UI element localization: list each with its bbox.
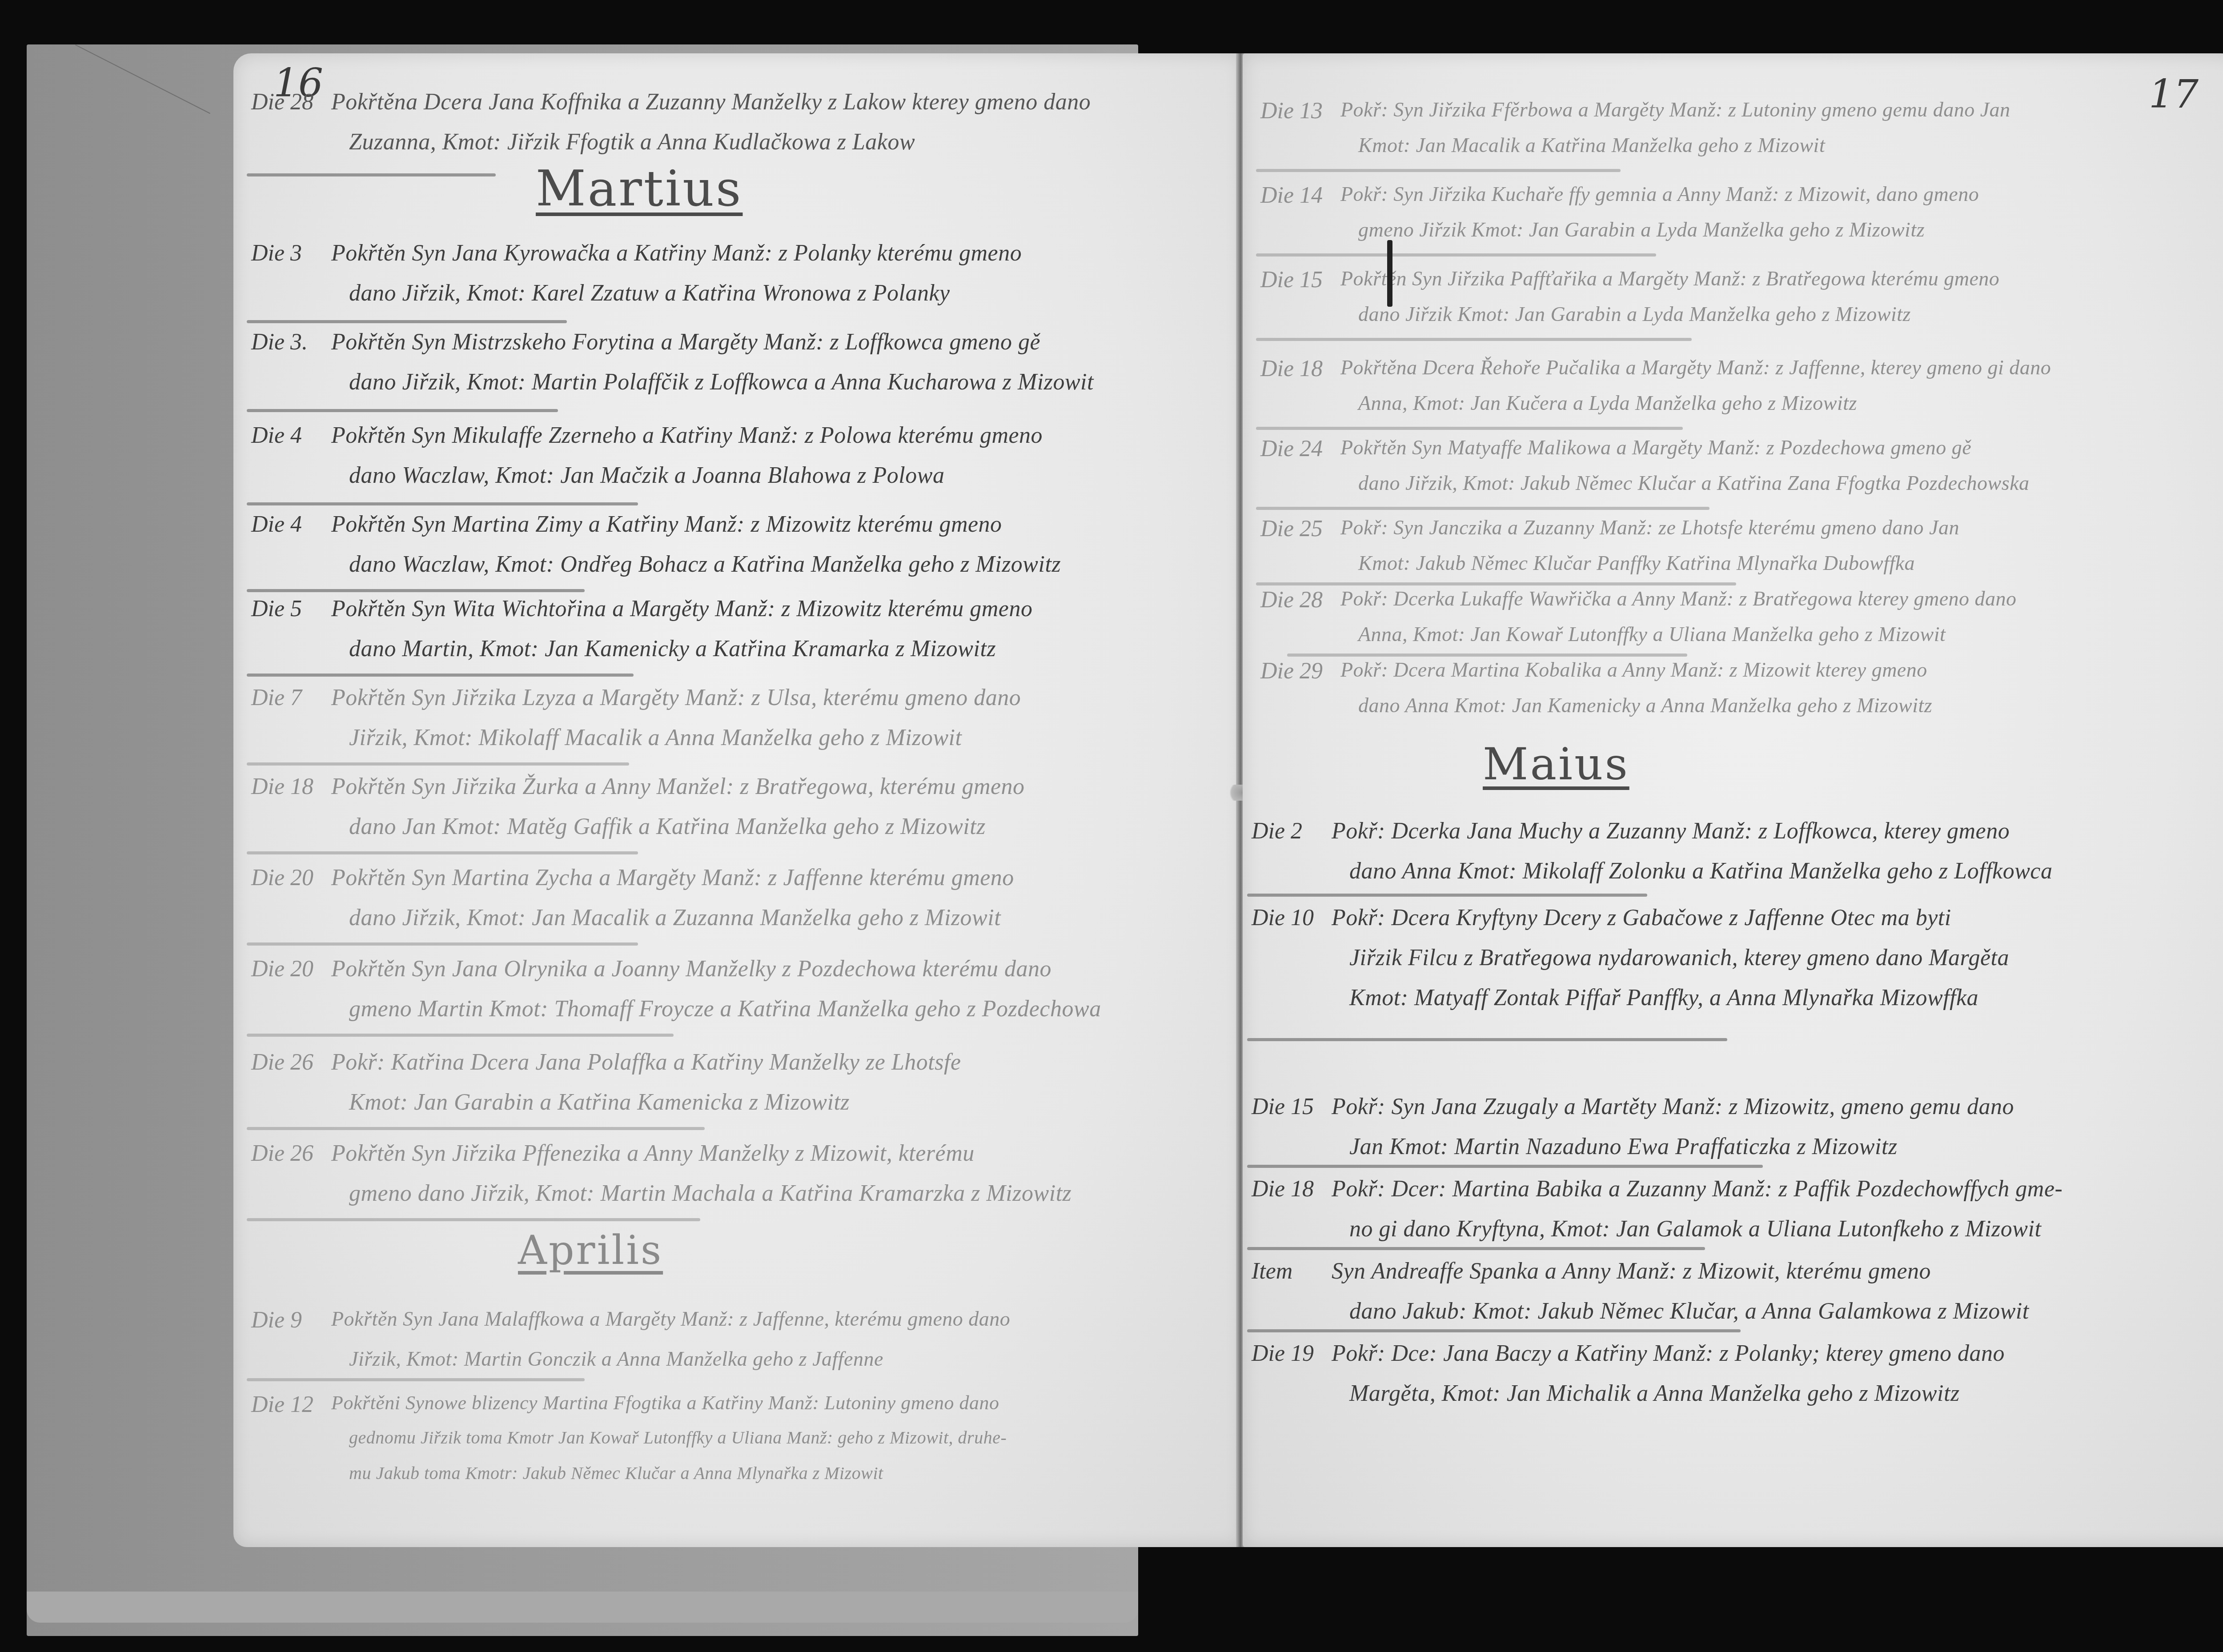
entry-date: Die 4 <box>251 511 327 537</box>
entry-date: Die 2 <box>1252 818 1327 844</box>
entry-line: Pokřtěn Syn Jana Kyrowačka a Katřiny Man… <box>331 240 1022 266</box>
entry-line: dano Martin, Kmot: Jan Kamenicky a Katři… <box>349 636 996 662</box>
entry-divider <box>247 320 567 323</box>
entry-line: gmeno dano Jiřzik, Kmot: Martin Machala … <box>349 1180 1071 1207</box>
entry-line: Pokř: Syn Jana Zzugaly a Martěty Manž: z… <box>1332 1094 2014 1120</box>
entry-line: dano Jiřzik Kmot: Jan Garabin a Lyda Man… <box>1358 302 1911 326</box>
entry-line: gednomu Jiřzik toma Kmotr Jan Kowař Luto… <box>349 1427 1007 1448</box>
entry-line: Kmot: Jan Garabin a Katřina Kamenicka z … <box>349 1089 850 1115</box>
entry-line: Pokř: Dcera Kryftyny Dcery z Gabačowe z … <box>1332 905 1951 931</box>
entry-line: Pokř: Syn Janczika a Zuzanny Manž: ze Lh… <box>1340 516 1959 539</box>
entry-line: Anna, Kmot: Jan Kowař Lutonffky a Uliana… <box>1358 622 1946 646</box>
entry-line: Pokřtěna Dcera Řehoře Pučalika a Margěty… <box>1340 356 2051 379</box>
entry-line: Pokřtěn Syn Martina Zimy a Katřiny Manž:… <box>331 511 1002 537</box>
entry-line: dano Jiřzik, Kmot: Jan Macalik a Zuzanna… <box>349 905 1001 931</box>
entry-line: Pokřtěn Syn Jana Olrynika a Joanny Manže… <box>331 956 1051 982</box>
entry-divider <box>1247 1165 1763 1168</box>
entry-line: dano Jakub: Kmot: Jakub Němec Klučar, a … <box>1349 1298 2029 1324</box>
entry-date: Die 18 <box>1252 1176 1327 1202</box>
entry-date: Die 28 <box>1260 587 1336 613</box>
entry-line: mu Jakub toma Kmotr: Jakub Němec Klučar … <box>349 1463 883 1484</box>
entry-line: dano Waczlaw, Kmot: Jan Mačzik a Joanna … <box>349 462 944 489</box>
entry-divider <box>1256 582 1736 585</box>
entry-date: Die 26 <box>251 1140 327 1167</box>
entry-line: Pokřtěni Synowe blizency Martina Ffogtik… <box>331 1391 999 1414</box>
entry-divider <box>247 173 496 176</box>
entry-date: Die 12 <box>251 1391 327 1418</box>
binding-thread <box>1387 240 1392 307</box>
entry-date: Die 24 <box>1260 436 1336 462</box>
entry-date: Die 20 <box>251 865 327 891</box>
entry-line: Pokřtěn Syn Jiřzika Lzyza a Margěty Manž… <box>331 685 1021 711</box>
entry-date: Die 9 <box>251 1307 327 1333</box>
entry-line: gmeno Martin Kmot: Thomaff Froycze a Kat… <box>349 996 1101 1022</box>
entry-line: dano Jiřzik, Kmot: Martin Polaffčik z Lo… <box>349 369 1094 395</box>
entry-date: Die 29 <box>1260 658 1336 684</box>
entry-line: Pokř: Dcerka Jana Muchy a Zuzanny Manž: … <box>1332 818 2010 844</box>
entry-date: Die 13 <box>1260 98 1336 124</box>
entry-divider <box>247 1218 700 1221</box>
entry-divider <box>247 942 638 946</box>
page-number-right: 17 <box>2149 71 2199 117</box>
entry-date: Die 3. <box>251 329 327 355</box>
entry-line: Zuzanna, Kmot: Jiřzik Ffogtik a Anna Kud… <box>349 129 915 155</box>
entry-line: Jiřzik, Kmot: Mikolaff Macalik a Anna Ma… <box>349 725 962 751</box>
entry-date: Die 10 <box>1252 905 1327 931</box>
entry-line: Pokř: Dce: Jana Baczy a Katřiny Manž: z … <box>1332 1340 2005 1367</box>
entry-line: Jiřzik, Kmot: Martin Gonczik a Anna Manž… <box>349 1347 883 1371</box>
entry-divider <box>1256 253 1656 257</box>
entry-date: Die 15 <box>1260 267 1336 293</box>
entry-divider <box>1247 1329 1741 1332</box>
entry-divider <box>1256 338 1692 341</box>
entry-divider <box>247 409 558 412</box>
entry-divider <box>1256 507 1709 510</box>
entry-date: Die 25 <box>1260 516 1336 542</box>
entry-line: dano Jan Kmot: Matěg Gaffik a Katřina Ma… <box>349 814 986 840</box>
entry-line: dano Anna Kmot: Mikolaff Zolonku a Katři… <box>1349 858 2052 884</box>
entry-divider <box>247 674 634 677</box>
entry-line: Jiřzik Filcu z Bratřegowa nydarowanich, … <box>1349 945 2009 971</box>
entry-date: Die 19 <box>1252 1340 1327 1367</box>
entry-line: Margěta, Kmot: Jan Michalik a Anna Manže… <box>1349 1380 1960 1407</box>
entry-line: Pokřtěn Syn Jiřzika Paffťařika a Margěty… <box>1340 267 1999 290</box>
entry-line: dano Anna Kmot: Jan Kamenicky a Anna Man… <box>1358 694 1932 717</box>
entry-line: Pokř: Katřina Dcera Jana Polaffka a Katř… <box>331 1049 961 1075</box>
entry-date: Die 3 <box>251 240 327 266</box>
month-heading: Martius <box>536 160 742 217</box>
entry-date: Item <box>1252 1258 1327 1284</box>
entry-line: Pokřtěn Syn Jiřzika Pffenezika a Anny Ma… <box>331 1140 975 1167</box>
entry-divider <box>1247 1038 1727 1041</box>
entry-date: Die 5 <box>251 596 327 622</box>
entry-line: dano Jiřzik, Kmot: Jakub Němec Klučar a … <box>1358 471 2030 495</box>
entry-date: Die 7 <box>251 685 327 711</box>
entry-divider <box>1247 894 1647 897</box>
entry-line: Pokř: Dcerka Lukaffe Wawřička a Anny Man… <box>1340 587 2017 610</box>
entry-date: Die 20 <box>251 956 327 982</box>
entry-line: Pokřtěn Syn Jana Malaffkowa a Margěty Ma… <box>331 1307 1010 1331</box>
entry-date: Die 18 <box>251 774 327 800</box>
entry-line: Anna, Kmot: Jan Kučera a Lyda Manželka g… <box>1358 391 1857 415</box>
entry-divider <box>1247 1247 1705 1250</box>
entry-date: Die 18 <box>1260 356 1336 382</box>
entry-line: Syn Andreaffe Spanka a Anny Manž: z Mizo… <box>1332 1258 1931 1284</box>
entry-divider <box>247 589 585 592</box>
entry-line: no gi dano Kryftyna, Kmot: Jan Galamok a… <box>1349 1216 2041 1242</box>
entry-date: Die 15 <box>1252 1094 1327 1120</box>
entry-line: Kmot: Jan Macalik a Katřina Manželka geh… <box>1358 133 1825 157</box>
entry-divider <box>247 851 638 854</box>
entry-line: Kmot: Jakub Němec Klučar Panffky Katřina… <box>1358 551 1915 575</box>
book-cover-bottom-edge <box>27 1592 1138 1623</box>
entry-line: Pokř: Syn Jiřzika Kuchaře ffy gemnia a A… <box>1340 182 1979 206</box>
entry-date: Die 4 <box>251 422 327 449</box>
entry-line: Jan Kmot: Martin Nazaduno Ewa Praffaticz… <box>1349 1134 1898 1160</box>
entry-line: Pokř: Dcer: Martina Babika a Zuzanny Man… <box>1332 1176 2062 1202</box>
month-heading: Aprilis <box>518 1227 663 1274</box>
month-heading: Maius <box>1483 738 1629 790</box>
entry-line: Pokřtěn Syn Matyaffe Malikowa a Margěty … <box>1340 436 1971 459</box>
entry-divider <box>247 502 638 505</box>
entry-line: Pokřtěn Syn Mikulaffe Zzerneho a Katřiny… <box>331 422 1043 449</box>
entry-divider <box>247 762 629 766</box>
entry-line: Kmot: Matyaff Zontak Piffař Panffky, a A… <box>1349 985 1978 1011</box>
entry-line: Pokřtěn Syn Jiřzika Žurka a Anny Manžel:… <box>331 774 1025 800</box>
entry-line: Pokřtěn Syn Mistrzskeho Forytina a Margě… <box>331 329 1040 355</box>
entry-divider <box>247 1127 705 1130</box>
left-page: 16 Die 28 Pokřtěna Dcera Jana Koffnika a… <box>233 53 1243 1547</box>
entry-line: Pokřtěn Syn Martina Zycha a Margěty Manž… <box>331 865 1014 891</box>
entry-line: dano Waczlaw, Kmot: Ondřeg Bohacz a Katř… <box>349 551 1061 577</box>
entry-divider <box>247 1034 674 1037</box>
entry-line: Pokřtěna Dcera Jana Koffnika a Zuzanny M… <box>331 89 1091 115</box>
entry-line: Pokř: Dcera Martina Kobalika a Anny Manž… <box>1340 658 1927 682</box>
entry-date: Die 26 <box>251 1049 327 1075</box>
entry-line: Pokřtěn Syn Wita Wichtořina a Margěty Ma… <box>331 596 1032 622</box>
entry-divider <box>1287 654 1687 657</box>
entry-date: Die 14 <box>1260 182 1336 209</box>
entry-divider <box>1256 427 1683 430</box>
entry-divider <box>247 1378 585 1381</box>
entry-divider <box>1256 169 1621 172</box>
entry-line: gmeno Jiřzik Kmot: Jan Garabin a Lyda Ma… <box>1358 218 1925 241</box>
entry-line: Pokř: Syn Jiřzika Ffěrbowa a Margěty Man… <box>1340 98 2010 121</box>
entry-date: Die 28 <box>251 89 327 115</box>
entry-line: dano Jiřzik, Kmot: Karel Zzatuw a Katřin… <box>349 280 950 306</box>
